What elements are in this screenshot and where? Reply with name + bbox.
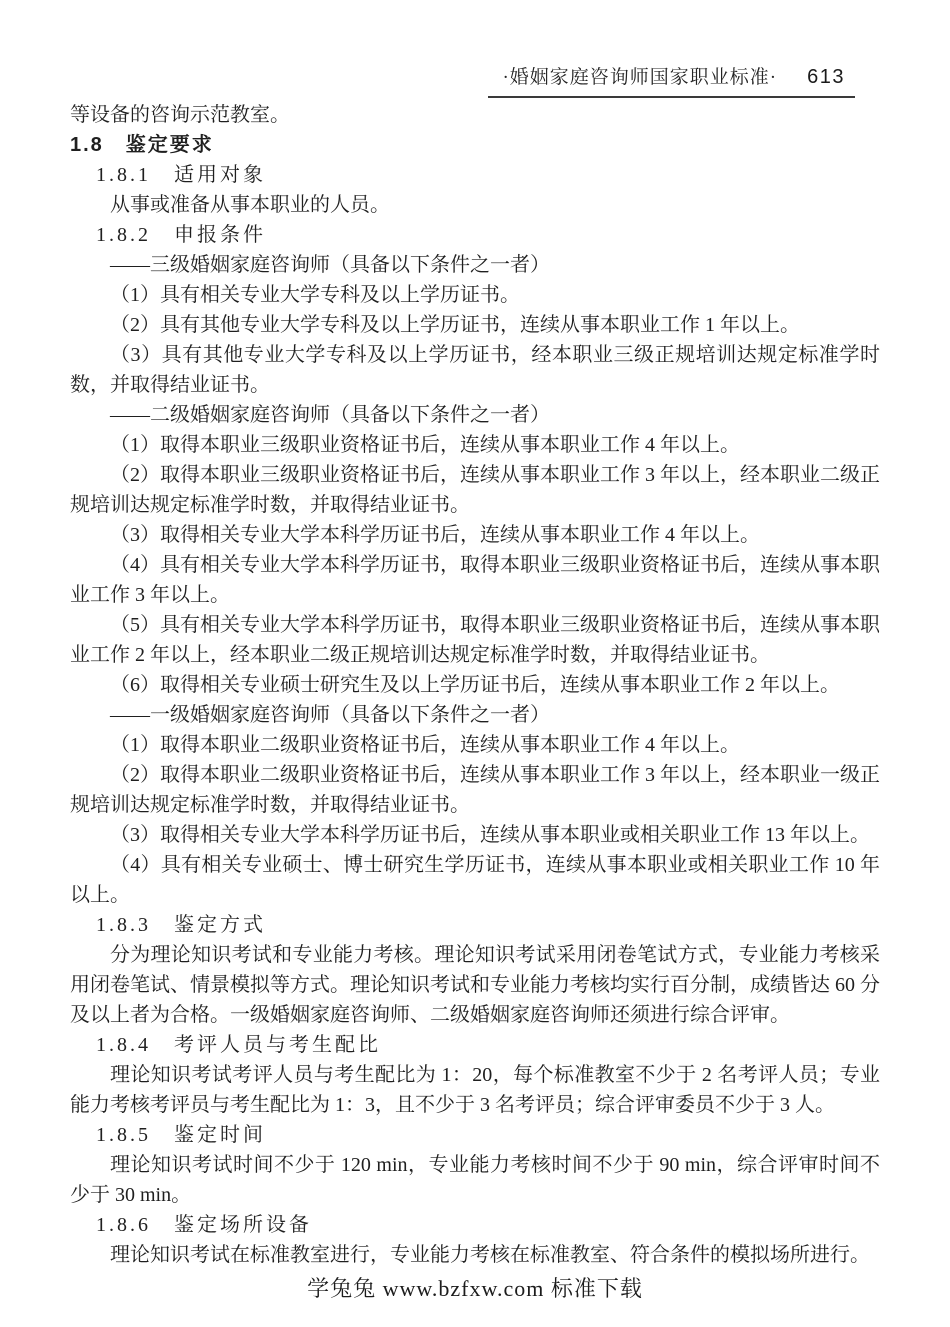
page-number: 613 <box>807 66 845 89</box>
paragraph: （1）取得本职业三级职业资格证书后，连续从事本职业工作 4 年以上。 <box>70 430 880 460</box>
section-heading: 1.8.3 鉴定方式 <box>70 910 880 940</box>
footer-watermark: 学兔兔 www.bzfxw.com 标准下载 <box>0 1272 950 1303</box>
paragraph: ——一级婚姻家庭咨询师（具备以下条件之一者） <box>70 700 880 730</box>
paragraph: （4）具有相关专业大学本科学历证书，取得本职业三级职业资格证书后，连续从事本职业… <box>70 550 880 610</box>
document-body: 等设备的咨询示范教室。1.8 鉴定要求1.8.1 适用对象从事或准备从事本职业的… <box>70 100 880 1270</box>
section-heading: 1.8.5 鉴定时间 <box>70 1120 880 1150</box>
paragraph: （3）取得相关专业大学本科学历证书后，连续从事本职业工作 4 年以上。 <box>70 520 880 550</box>
paragraph: 理论知识考试考评人员与考生配比为 1：20，每个标准教室不少于 2 名考评人员；… <box>70 1060 880 1120</box>
running-head-title: ·婚姻家庭咨询师国家职业标准· <box>502 62 777 89</box>
scanned-document-page: ·婚姻家庭咨询师国家职业标准· 613 等设备的咨询示范教室。1.8 鉴定要求1… <box>0 0 950 1327</box>
section-heading: 1.8.6 鉴定场所设备 <box>70 1210 880 1240</box>
paragraph: （6）取得相关专业硕士研究生及以上学历证书后，连续从事本职业工作 2 年以上。 <box>70 670 880 700</box>
paragraph: （5）具有相关专业大学本科学历证书，取得本职业三级职业资格证书后，连续从事本职业… <box>70 610 880 670</box>
paragraph: （2）取得本职业二级职业资格证书后，连续从事本职业工作 3 年以上，经本职业一级… <box>70 760 880 820</box>
paragraph: ——二级婚姻家庭咨询师（具备以下条件之一者） <box>70 400 880 430</box>
section-heading: 1.8 鉴定要求 <box>70 130 880 160</box>
paragraph: 理论知识考试在标准教室进行，专业能力考核在标准教室、符合条件的模拟场所进行。 <box>70 1240 880 1270</box>
paragraph: 分为理论知识考试和专业能力考核。理论知识考试采用闭卷笔试方式，专业能力考核采用闭… <box>70 940 880 1030</box>
paragraph: （3）取得相关专业大学本科学历证书后，连续从事本职业或相关职业工作 13 年以上… <box>70 820 880 850</box>
section-heading: 1.8.2 申报条件 <box>70 220 880 250</box>
paragraph: （2）具有其他专业大学专科及以上学历证书，连续从事本职业工作 1 年以上。 <box>70 310 880 340</box>
paragraph: 从事或准备从事本职业的人员。 <box>70 190 880 220</box>
paragraph: （1）具有相关专业大学专科及以上学历证书。 <box>70 280 880 310</box>
running-head: ·婚姻家庭咨询师国家职业标准· 613 <box>488 62 855 98</box>
section-heading: 1.8.4 考评人员与考生配比 <box>70 1030 880 1060</box>
section-heading: 1.8.1 适用对象 <box>70 160 880 190</box>
paragraph: （2）取得本职业三级职业资格证书后，连续从事本职业工作 3 年以上，经本职业二级… <box>70 460 880 520</box>
paragraph: 等设备的咨询示范教室。 <box>70 100 880 130</box>
paragraph: （3）具有其他专业大学专科及以上学历证书，经本职业三级正规培训达规定标准学时数，… <box>70 340 880 400</box>
paragraph: （1）取得本职业二级职业资格证书后，连续从事本职业工作 4 年以上。 <box>70 730 880 760</box>
paragraph: （4）具有相关专业硕士、博士研究生学历证书，连续从事本职业或相关职业工作 10 … <box>70 850 880 910</box>
paragraph: ——三级婚姻家庭咨询师（具备以下条件之一者） <box>70 250 880 280</box>
paragraph: 理论知识考试时间不少于 120 min，专业能力考核时间不少于 90 min，综… <box>70 1150 880 1210</box>
